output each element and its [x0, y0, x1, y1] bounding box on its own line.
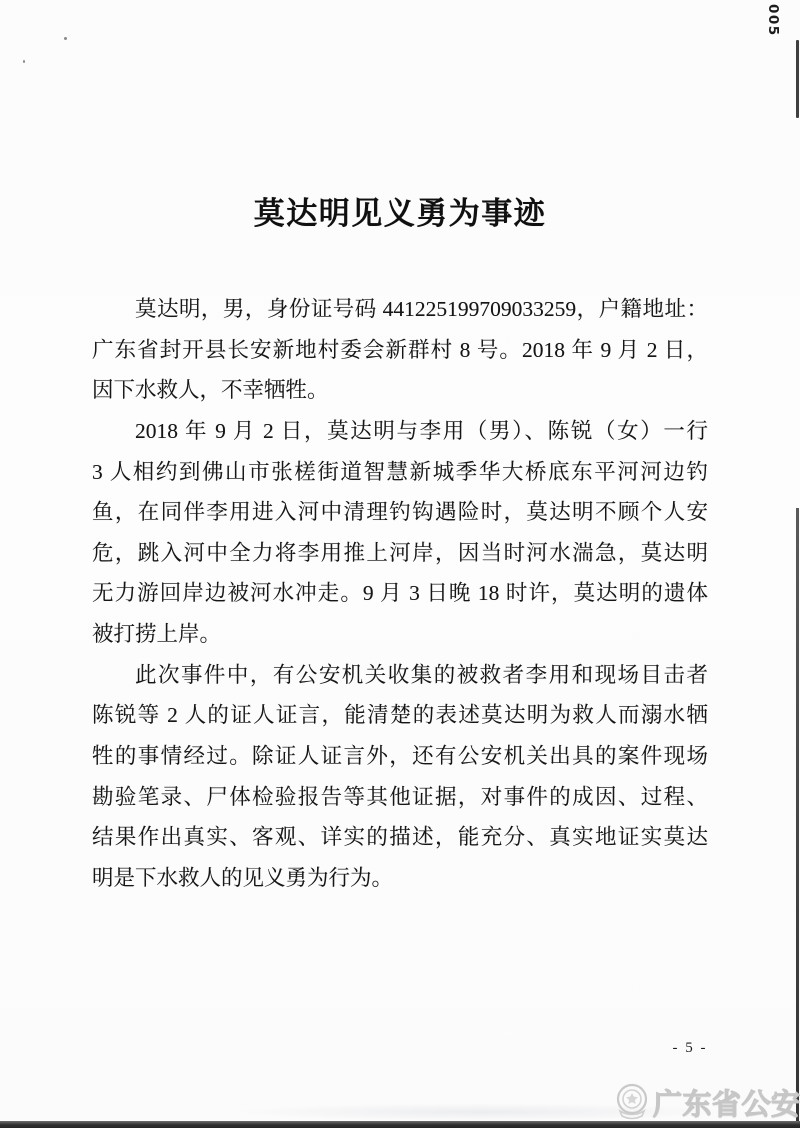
- body-line: 因下水救人，不幸牺牲。: [92, 370, 708, 411]
- body-line: 牲的事情经过。除证人证言外，还有公安机关出具的案件现场: [92, 736, 708, 777]
- body-line: 无力游回岸边被河水冲走。9 月 3 日晚 18 时许，莫达明的遗体: [92, 573, 708, 614]
- body-line: 2018 年 9 月 2 日，莫达明与李用（男）、陈锐（女）一行: [92, 411, 708, 452]
- body-line: 陈锐等 2 人的证人证言，能清楚的表述莫达明为救人而溺水牺: [92, 695, 708, 736]
- page-number: - 5 -: [648, 1040, 732, 1057]
- body-line: 被打捞上岸。: [92, 614, 708, 655]
- document-page: 005 莫达明见义勇为事迹 莫达明，男，身份证号码 44122519970903…: [0, 0, 800, 1128]
- body-line: 明是下水救人的见义勇为行为。: [92, 858, 708, 899]
- scan-right-edge-bottom: [796, 508, 799, 1122]
- body-line: 鱼，在同伴李用进入河中清理钓钩遇险时，莫达明不顾个人安: [92, 492, 708, 533]
- body-line: 莫达明，男，身份证号码 441225199709033259，户籍地址：: [92, 289, 708, 330]
- security-watermark: 广东省公安厅: [613, 1080, 800, 1124]
- page-corner-number: 005: [765, 4, 781, 36]
- document-title: 莫达明见义勇为事迹: [0, 188, 800, 233]
- police-badge-icon: [613, 1081, 651, 1123]
- body-line: 结果作出真实、客观、详实的描述，能充分、真实地证实莫达: [92, 817, 708, 858]
- body-line: 勘验笔录、尸体检验报告等其他证据，对事件的成因、过程、: [92, 777, 708, 818]
- body-line: 此次事件中，有公安机关收集的被救者李用和现场目击者: [92, 655, 708, 696]
- dust-speck: [64, 37, 67, 40]
- watermark-text: 广东省公安厅: [653, 1082, 800, 1123]
- scan-right-edge-top: [796, 40, 799, 118]
- body-line: 危，跳入河中全力将李用推上河岸，因当时河水湍急，莫达明: [92, 533, 708, 574]
- dust-speck: [23, 60, 25, 63]
- document-body: 莫达明，男，身份证号码 441225199709033259，户籍地址：广东省封…: [92, 289, 708, 899]
- body-line: 3 人相约到佛山市张槎街道智慧新城季华大桥底东平河河边钓: [92, 452, 708, 493]
- scan-bottom-edge: [0, 1121, 800, 1128]
- body-line: 广东省封开县长安新地村委会新群村 8 号。2018 年 9 月 2 日，: [92, 330, 708, 371]
